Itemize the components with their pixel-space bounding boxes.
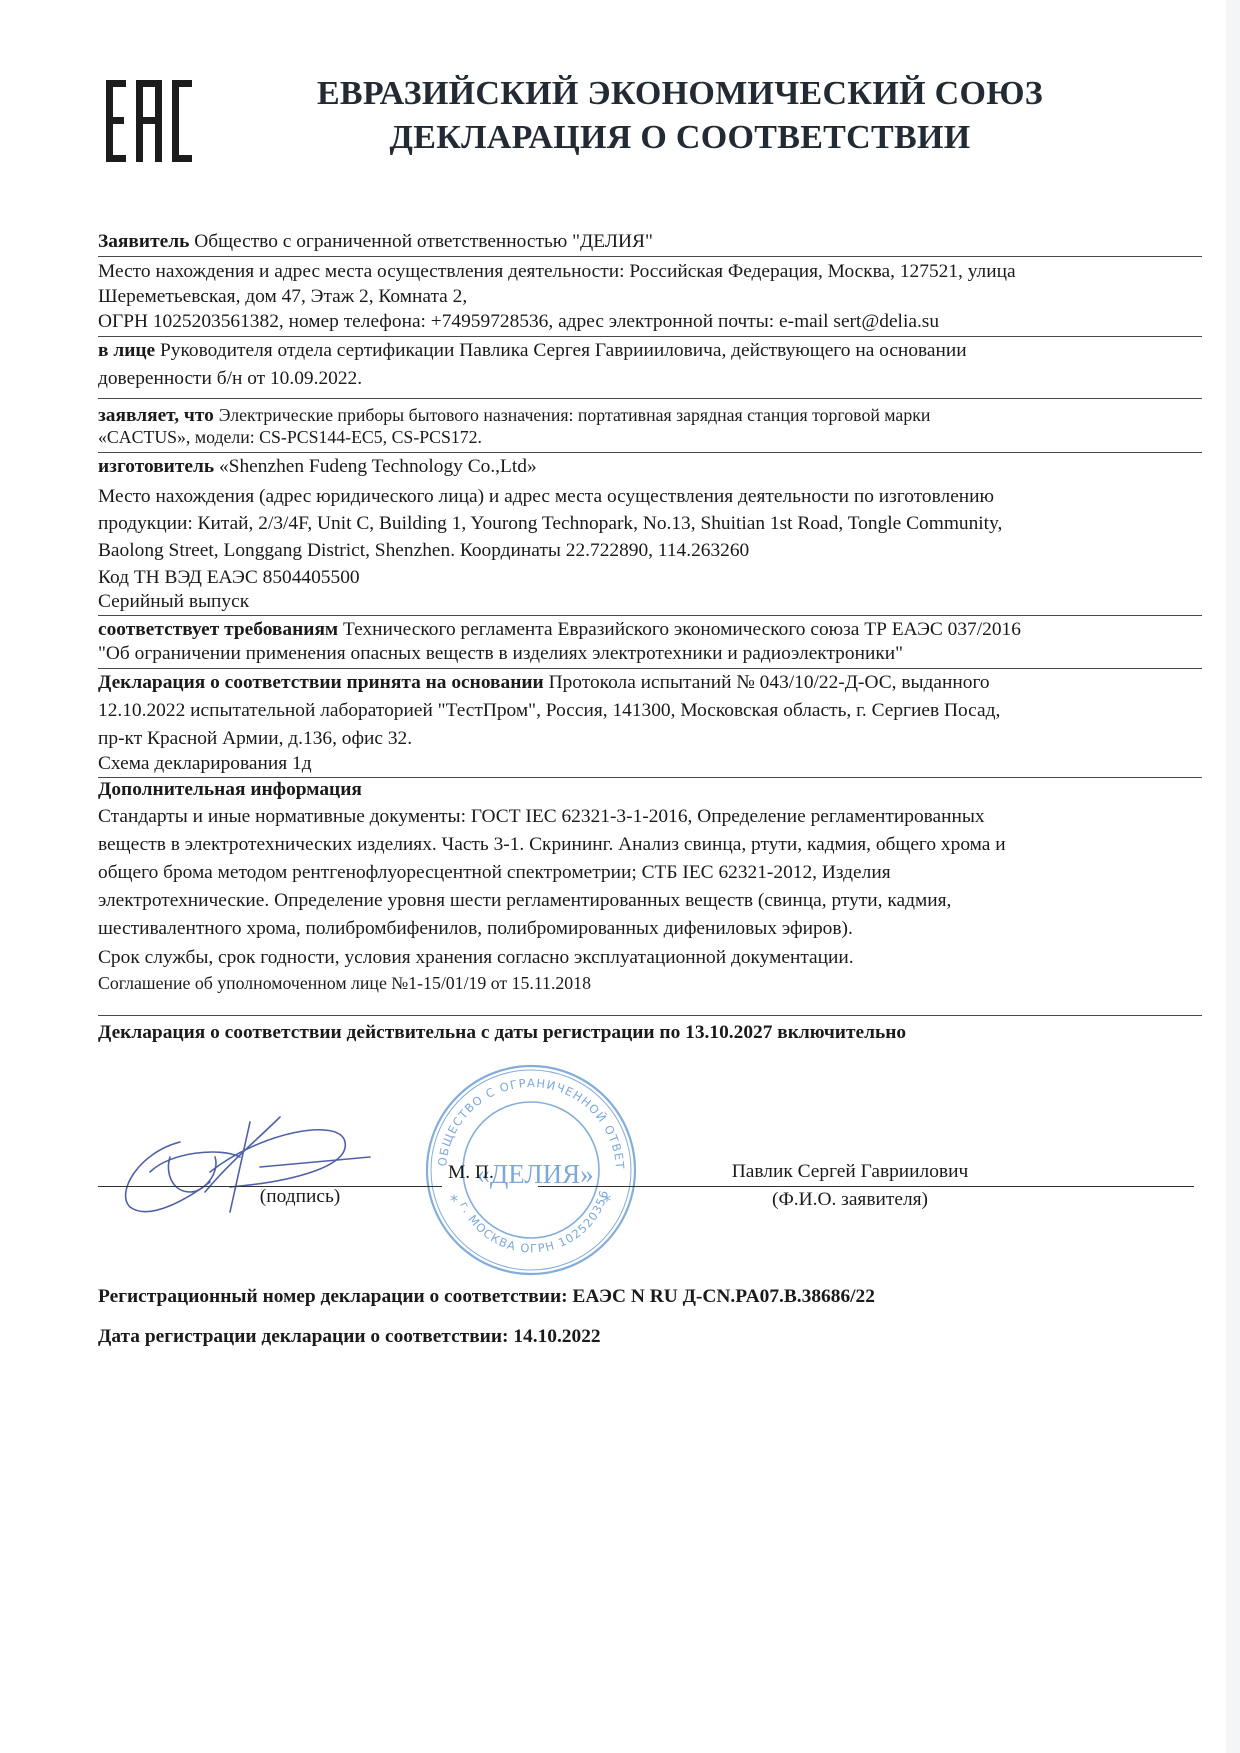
signer-name-line [538, 1186, 1194, 1187]
manufacturer-address-line3: Baolong Street, Longgang District, Shenz… [98, 539, 749, 563]
basis-row: Декларация о соответствии принята на осн… [98, 671, 990, 695]
declares-line2: «CACTUS», модели: CS-PCS144-EC5, CS-PCS1… [98, 425, 482, 449]
manufacturer-address-line2: продукции: Китай, 2/3/4F, Unit C, Buildi… [98, 512, 1002, 536]
divider [98, 336, 1202, 337]
registration-date: Дата регистрации декларации о соответств… [98, 1325, 601, 1349]
svg-text:ОБЩЕСТВО С ОГРАНИЧЕННОЙ ОТВЕТС: ОБЩЕСТВО С ОГРАНИЧЕННОЙ ОТВЕТСТВЕННОСТЬЮ [416, 1052, 627, 1170]
standards-line: электротехнические. Определение уровня ш… [98, 889, 951, 913]
conformity-label: соответствует требованиям [98, 619, 338, 640]
declares-line1: Электрические приборы бытового назначени… [219, 405, 931, 425]
production-type: Серийный выпуск [98, 590, 249, 614]
divider [98, 452, 1202, 453]
applicant-value: Общество с ограниченной ответственностью… [194, 231, 653, 252]
conformity-line1: Технического регламента Евразийского эко… [343, 619, 1021, 640]
document-header: ЕВРАЗИЙСКИЙ ЭКОНОМИЧЕСКИЙ СОЮЗ ДЕКЛАРАЦИ… [300, 72, 1060, 160]
divider [98, 1015, 1202, 1016]
basis-label: Декларация о соответствии принята на осн… [98, 672, 544, 693]
manufacturer-label: изготовитель [98, 456, 214, 477]
standards-line: веществ в электротехнических изделиях. Ч… [98, 833, 1006, 857]
additional-info-label: Дополнительная информация [98, 778, 362, 802]
seal-placeholder-label: М. П. [448, 1162, 494, 1184]
representative-row: в лице Руководителя отдела сертификации … [98, 339, 967, 363]
service-life: Срок службы, срок годности, условия хран… [98, 946, 854, 970]
representative-label: в лице [98, 340, 155, 361]
applicant-address-line2: Шереметьевская, дом 47, Этаж 2, Комната … [98, 285, 467, 309]
standards-line: общего брома методом рентгенофлуоресцент… [98, 861, 891, 885]
stamp-company-name: «ДЕЛИЯ» [476, 1159, 593, 1189]
declaration-scheme: Схема декларирования 1д [98, 752, 312, 776]
applicant-label: Заявитель [98, 231, 189, 252]
divider [98, 615, 1202, 616]
divider [98, 398, 1202, 399]
hs-code: Код ТН ВЭД ЕАЭС 8504405500 [98, 566, 360, 590]
scan-edge [1226, 0, 1240, 1753]
divider [98, 668, 1202, 669]
signer-name: Павлик Сергей Гавриилович [640, 1161, 1060, 1183]
basis-line3: пр-кт Красной Армии, д.136, офис 32. [98, 727, 412, 751]
conformity-row: соответствует требованиям Технического р… [98, 618, 1021, 642]
standards-line: шестивалентного хрома, полибромбифенилов… [98, 917, 853, 941]
divider [98, 256, 1202, 257]
applicant-row: Заявитель Общество с ограниченной ответс… [98, 230, 653, 254]
manufacturer-address-line1: Место нахождения (адрес юридического лиц… [98, 485, 994, 509]
representative-line2: доверенности б/н от 10.09.2022. [98, 367, 362, 391]
manufacturer-value: «Shenzhen Fudeng Technology Co.,Ltd» [219, 456, 537, 477]
svg-text:*: * [603, 1191, 612, 1210]
conformity-line2: "Об ограничении применения опасных вещес… [98, 642, 903, 666]
authorized-person-agreement: Соглашение об уполномоченном лице №1-15/… [98, 971, 591, 995]
union-title: ЕВРАЗИЙСКИЙ ЭКОНОМИЧЕСКИЙ СОЮЗ [300, 72, 1060, 116]
signer-caption: (Ф.И.О. заявителя) [640, 1189, 1060, 1211]
basis-line1: Протокола испытаний № 043/10/22-Д-ОС, вы… [549, 672, 990, 693]
basis-line2: 12.10.2022 испытательной лабораторией "Т… [98, 699, 1000, 723]
applicant-contacts: ОГРН 1025203561382, номер телефона: +749… [98, 310, 939, 334]
manufacturer-row: изготовитель «Shenzhen Fudeng Technology… [98, 455, 537, 479]
eac-logo-icon [106, 80, 192, 162]
document-title: ДЕКЛАРАЦИЯ О СООТВЕТСТВИИ [300, 116, 1060, 160]
declares-label: заявляет, что [98, 405, 214, 426]
registration-number: Регистрационный номер декларации о соотв… [98, 1285, 875, 1309]
declaration-page: ЕВРАЗИЙСКИЙ ЭКОНОМИЧЕСКИЙ СОЮЗ ДЕКЛАРАЦИ… [0, 0, 1240, 1753]
applicant-address-line1: Место нахождения и адрес места осуществл… [98, 260, 1016, 284]
representative-line1: Руководителя отдела сертификации Павлика… [160, 340, 967, 361]
signature-caption: (подпись) [98, 1186, 472, 1208]
standards-line: Стандарты и иные нормативные документы: … [98, 805, 985, 829]
validity-statement: Декларация о соответствии действительна … [98, 1021, 906, 1045]
